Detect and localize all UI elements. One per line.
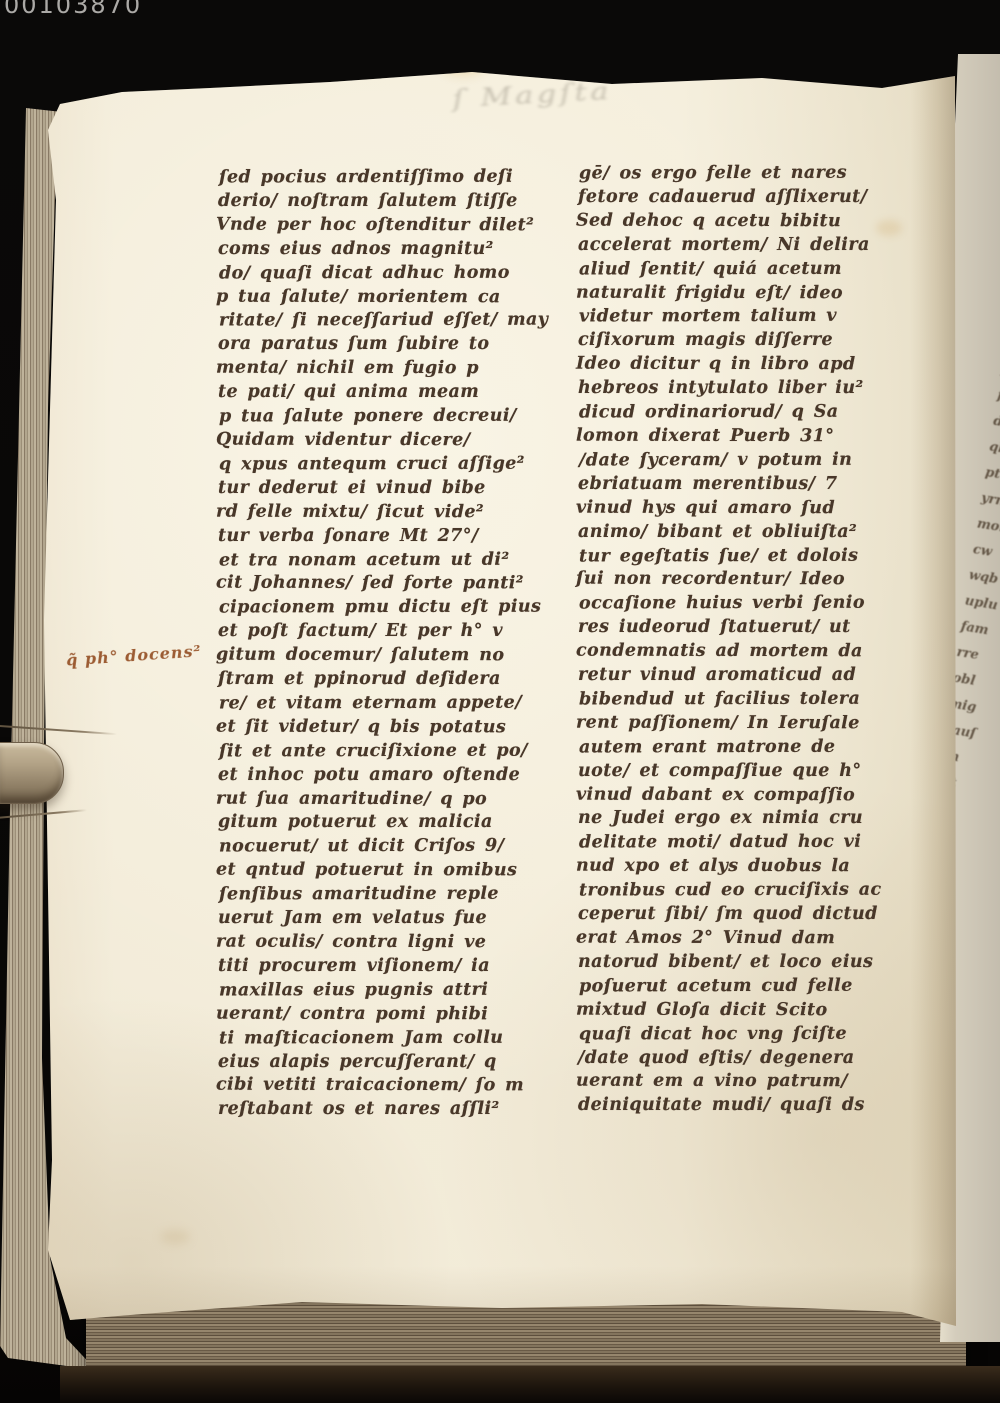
manuscript-line: erat Amos 2° Vinud dam [576,927,924,952]
manuscript-line: do/ quaſi dicat adhuc homo [219,261,567,286]
manuscript-line: cit Johannes/ ſed forte panti² [216,572,564,597]
manuscript-line: et poſt factum/ Et per h° v [218,620,566,644]
manuscript-line: ebriatuam merentibus/ 7 [578,473,926,497]
manuscript-line: ſtram et ppinorud deſidera [218,668,566,692]
manuscript-line: nud xpo et alys duobus la [576,855,924,880]
manuscript-line: Sed dehoc q acetu bibitu [576,209,924,234]
metal-clasp [0,742,64,804]
manuscript-line: ritate/ ſi neceſſariud eſſet/ may [219,309,567,334]
marginal-gloss-red: q̃ ph° docens² [66,641,203,669]
manuscript-line: autem erant matrone de [579,735,927,760]
manuscript-line: rat oculis/ contra ligni ve [216,931,564,956]
stain [160,1230,190,1244]
manuscript-line: uerut Jam em velatus fue [218,907,566,931]
manuscript-line: dicud ordinariorud/ q Sa [579,401,927,426]
manuscript-line: ciſixorum magis diſſerre [578,329,926,353]
manuscript-photo: 00103870 patforfmbdvcualronfugfetdtoqbpt… [0,0,1000,1403]
manuscript-line: mixtud Gloſa dicit Scito [576,998,924,1023]
manuscript-line: p tua ſalute/ morientem ca [216,285,564,310]
manuscript-line: aliud ſentit/ quiá acetum [579,257,927,282]
archive-number-label: 00103870 [4,0,142,19]
manuscript-line: retur vinud aromaticud ad [578,664,926,688]
manuscript-line: accelerat mortem/ Ni delira [578,234,926,258]
manuscript-line: ceperut ſibi/ ſm quod dictud [578,903,926,927]
manuscript-line: et qntud potuerut in omibus [216,859,564,884]
manuscript-line: poſuerut acetum cud felle [579,974,927,999]
stain [440,54,486,76]
manuscript-line: gitum docemur/ ſalutem no [216,644,564,669]
manuscript-line: occaſione huius verbi ſenio [579,592,927,617]
manuscript-line: eius alapis percuſſerant/ q [218,1051,566,1075]
manuscript-line: ſed pocius ardentiſſimo deſi [219,166,567,191]
manuscript-line: tur dederut ei vinud bibe [218,477,566,501]
manuscript-line: bibendud ut facilius tolera [579,687,927,712]
manuscript-line: uerant/ contra pomi phibi [216,1002,564,1027]
page-edge-stack-bottom [86,1300,966,1374]
manuscript-line: ſui non recordentur/ Ideo [576,568,924,593]
manuscript-line: vinud hys qui amaro ſud [576,496,924,521]
text-column-right: gē/ os ergo felle et naresfetore cadauer… [578,162,926,1118]
manuscript-line: fetore cadauerud aſſlixerut/ [578,186,926,210]
manuscript-line: et tra nonam acetum ut di² [219,548,567,573]
manuscript-line: p tua ſalute ponere decreui/ [219,405,567,430]
manuscript-line: tur egeſtatis ſue/ et dolois [579,544,927,569]
manuscript-line: quaſi dicat hoc vng ſciſte [579,1022,927,1047]
manuscript-line: deiniquitate mudi/ quaſi ds [578,1094,926,1118]
manuscript-line: naturalit frigidu eſt/ ideo [576,281,924,306]
text-column-left: ſed pocius ardentiſſimo deſiderio/ noſtr… [218,166,566,1122]
manuscript-line: reſtabant os et nares aſſli² [218,1098,566,1122]
manuscript-line: gitum potuerut ex malicia [218,811,566,835]
manuscript-line: hebreos intytulato liber iu² [578,377,926,401]
manuscript-line: ſenſibus amaritudine reple [219,883,567,908]
manuscript-line: titi procurem viſionem/ ia [218,955,566,979]
pencil-folio-number: 575 [56,74,91,92]
manuscript-line: vinud dabant ex compaſſio [576,783,924,808]
manuscript-line: res iudeorud ſtatuerut/ ut [578,616,926,640]
pencil-inscription-scribble: ſ Magſta [452,71,728,113]
manuscript-line: rd felle mixtu/ ſicut vide² [216,500,564,525]
manuscript-line: Quidam videntur dicere/ [216,429,564,454]
manuscript-line: maxillas eius pugnis attri [219,978,567,1003]
book-tail-shadow [60,1366,1000,1403]
manuscript-line: te pati/ qui anima meam [218,381,566,405]
manuscript-line: q xpus antequm cruci aſſige² [219,452,567,477]
manuscript-line: Vnde per hoc oſtenditur dilet² [216,213,564,238]
manuscript-line: animo/ bibant et obliuiſta² [578,521,926,545]
manuscript-line: derio/ noſtram ſalutem ſtiſſe [218,190,566,214]
manuscript-line: cibi vetiti traicacionem/ ſo m [216,1074,564,1099]
manuscript-line: rut ſua amaritudine/ q po [216,787,564,812]
manuscript-line: ti maſticacionem Jam collu [219,1026,567,1051]
manuscript-line: tur verba ſonare Mt 27°/ [218,525,566,549]
manuscript-line: lomon dixerat Puerb 31° [576,425,924,450]
manuscript-line: tronibus cud eo cruciſixis ac [579,879,927,904]
manuscript-line: coms eius adnos magnitu² [218,238,566,262]
manuscript-line: /date quod eſtis/ degenera [578,1047,926,1071]
manuscript-line: re/ et vitam eternam appete/ [219,691,567,716]
manuscript-line: nocuerut/ ut dicit Criſos 9/ [219,835,567,860]
manuscript-line: menta/ nichil em fugio p [216,357,564,382]
manuscript-line: gē/ os ergo felle et nares [579,162,927,187]
manuscript-line: /date ſyceram/ v potum in [579,448,927,473]
manuscript-line: ſit et ante cruciſixione et po/ [219,739,567,764]
manuscript-line: Ideo dicitur q in libro apd [576,353,924,378]
manuscript-line: rent paſſionem/ In Ieruſale [576,711,924,736]
manuscript-line: delitate moti/ datud hoc vi [579,831,927,856]
manuscript-line: cipacionem pmu dictu eſt pius [219,596,567,621]
manuscript-line: ne Judei ergo ex nimia cru [578,807,926,831]
manuscript-line: ora paratus ſum ſubire to [218,333,566,357]
manuscript-page: 575 ſ Magſta q̃ ph° docens² ſed pocius a… [40,60,956,1326]
manuscript-line: uote/ et compaſſiue que h° [578,760,926,784]
manuscript-line: et ſit videtur/ q bis potatus [216,715,564,740]
manuscript-line: et inhoc potu amaro oſtende [218,764,566,788]
manuscript-line: uerant em a vino patrum/ [576,1070,924,1095]
manuscript-line: videtur mortem talium v [579,305,927,330]
manuscript-line: condemnatis ad mortem da [576,640,924,665]
manuscript-line: natorud bibent/ et loco eius [578,951,926,975]
